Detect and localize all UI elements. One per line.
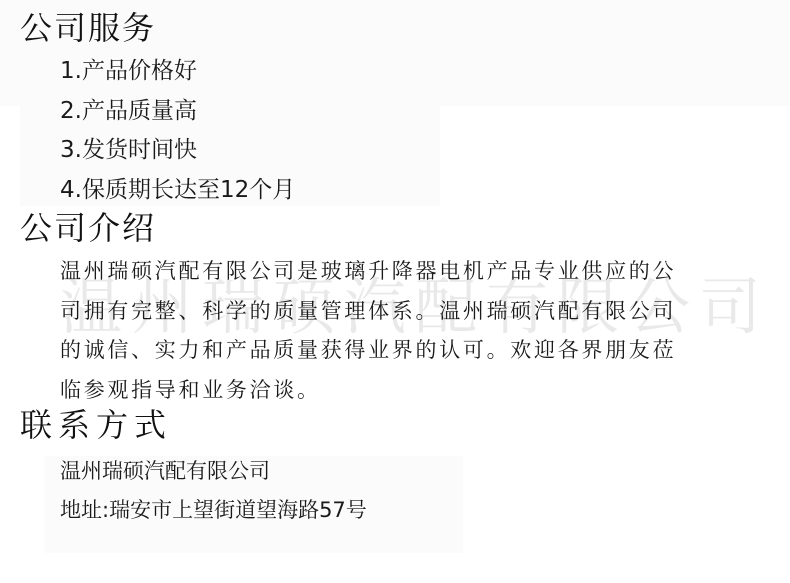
intro-line: 临参观指导和业务洽谈。	[60, 371, 780, 411]
services-heading: 公司服务	[20, 8, 156, 48]
contact-info: 温州瑞硕汽配有限公司 地址:瑞安市上望街道望海路57号	[60, 452, 367, 530]
intro-line: 温州瑞硕汽配有限公司是玻璃升降器电机产品专业供应的公	[60, 252, 780, 292]
services-item: 2.产品质量高	[60, 92, 295, 132]
intro-heading: 公司介绍	[20, 208, 156, 248]
intro-line: 司拥有完整、科学的质量管理体系。温州瑞硕汽配有限公司	[60, 292, 780, 332]
services-item: 1.产品价格好	[60, 52, 295, 92]
contact-heading: 联系方式	[20, 405, 172, 445]
services-item: 4.保质期长达至12个月	[60, 171, 295, 211]
company-address: 地址:瑞安市上望街道望海路57号	[60, 491, 367, 530]
intro-line: 的诚信、实力和产品质量获得业界的认可。欢迎各界朋友莅	[60, 331, 780, 371]
company-name: 温州瑞硕汽配有限公司	[60, 452, 367, 491]
intro-paragraph: 温州瑞硕汽配有限公司是玻璃升降器电机产品专业供应的公 司拥有完整、科学的质量管理…	[60, 252, 780, 410]
services-item: 3.发货时间快	[60, 131, 295, 171]
services-list: 1.产品价格好 2.产品质量高 3.发货时间快 4.保质期长达至12个月	[60, 52, 295, 210]
